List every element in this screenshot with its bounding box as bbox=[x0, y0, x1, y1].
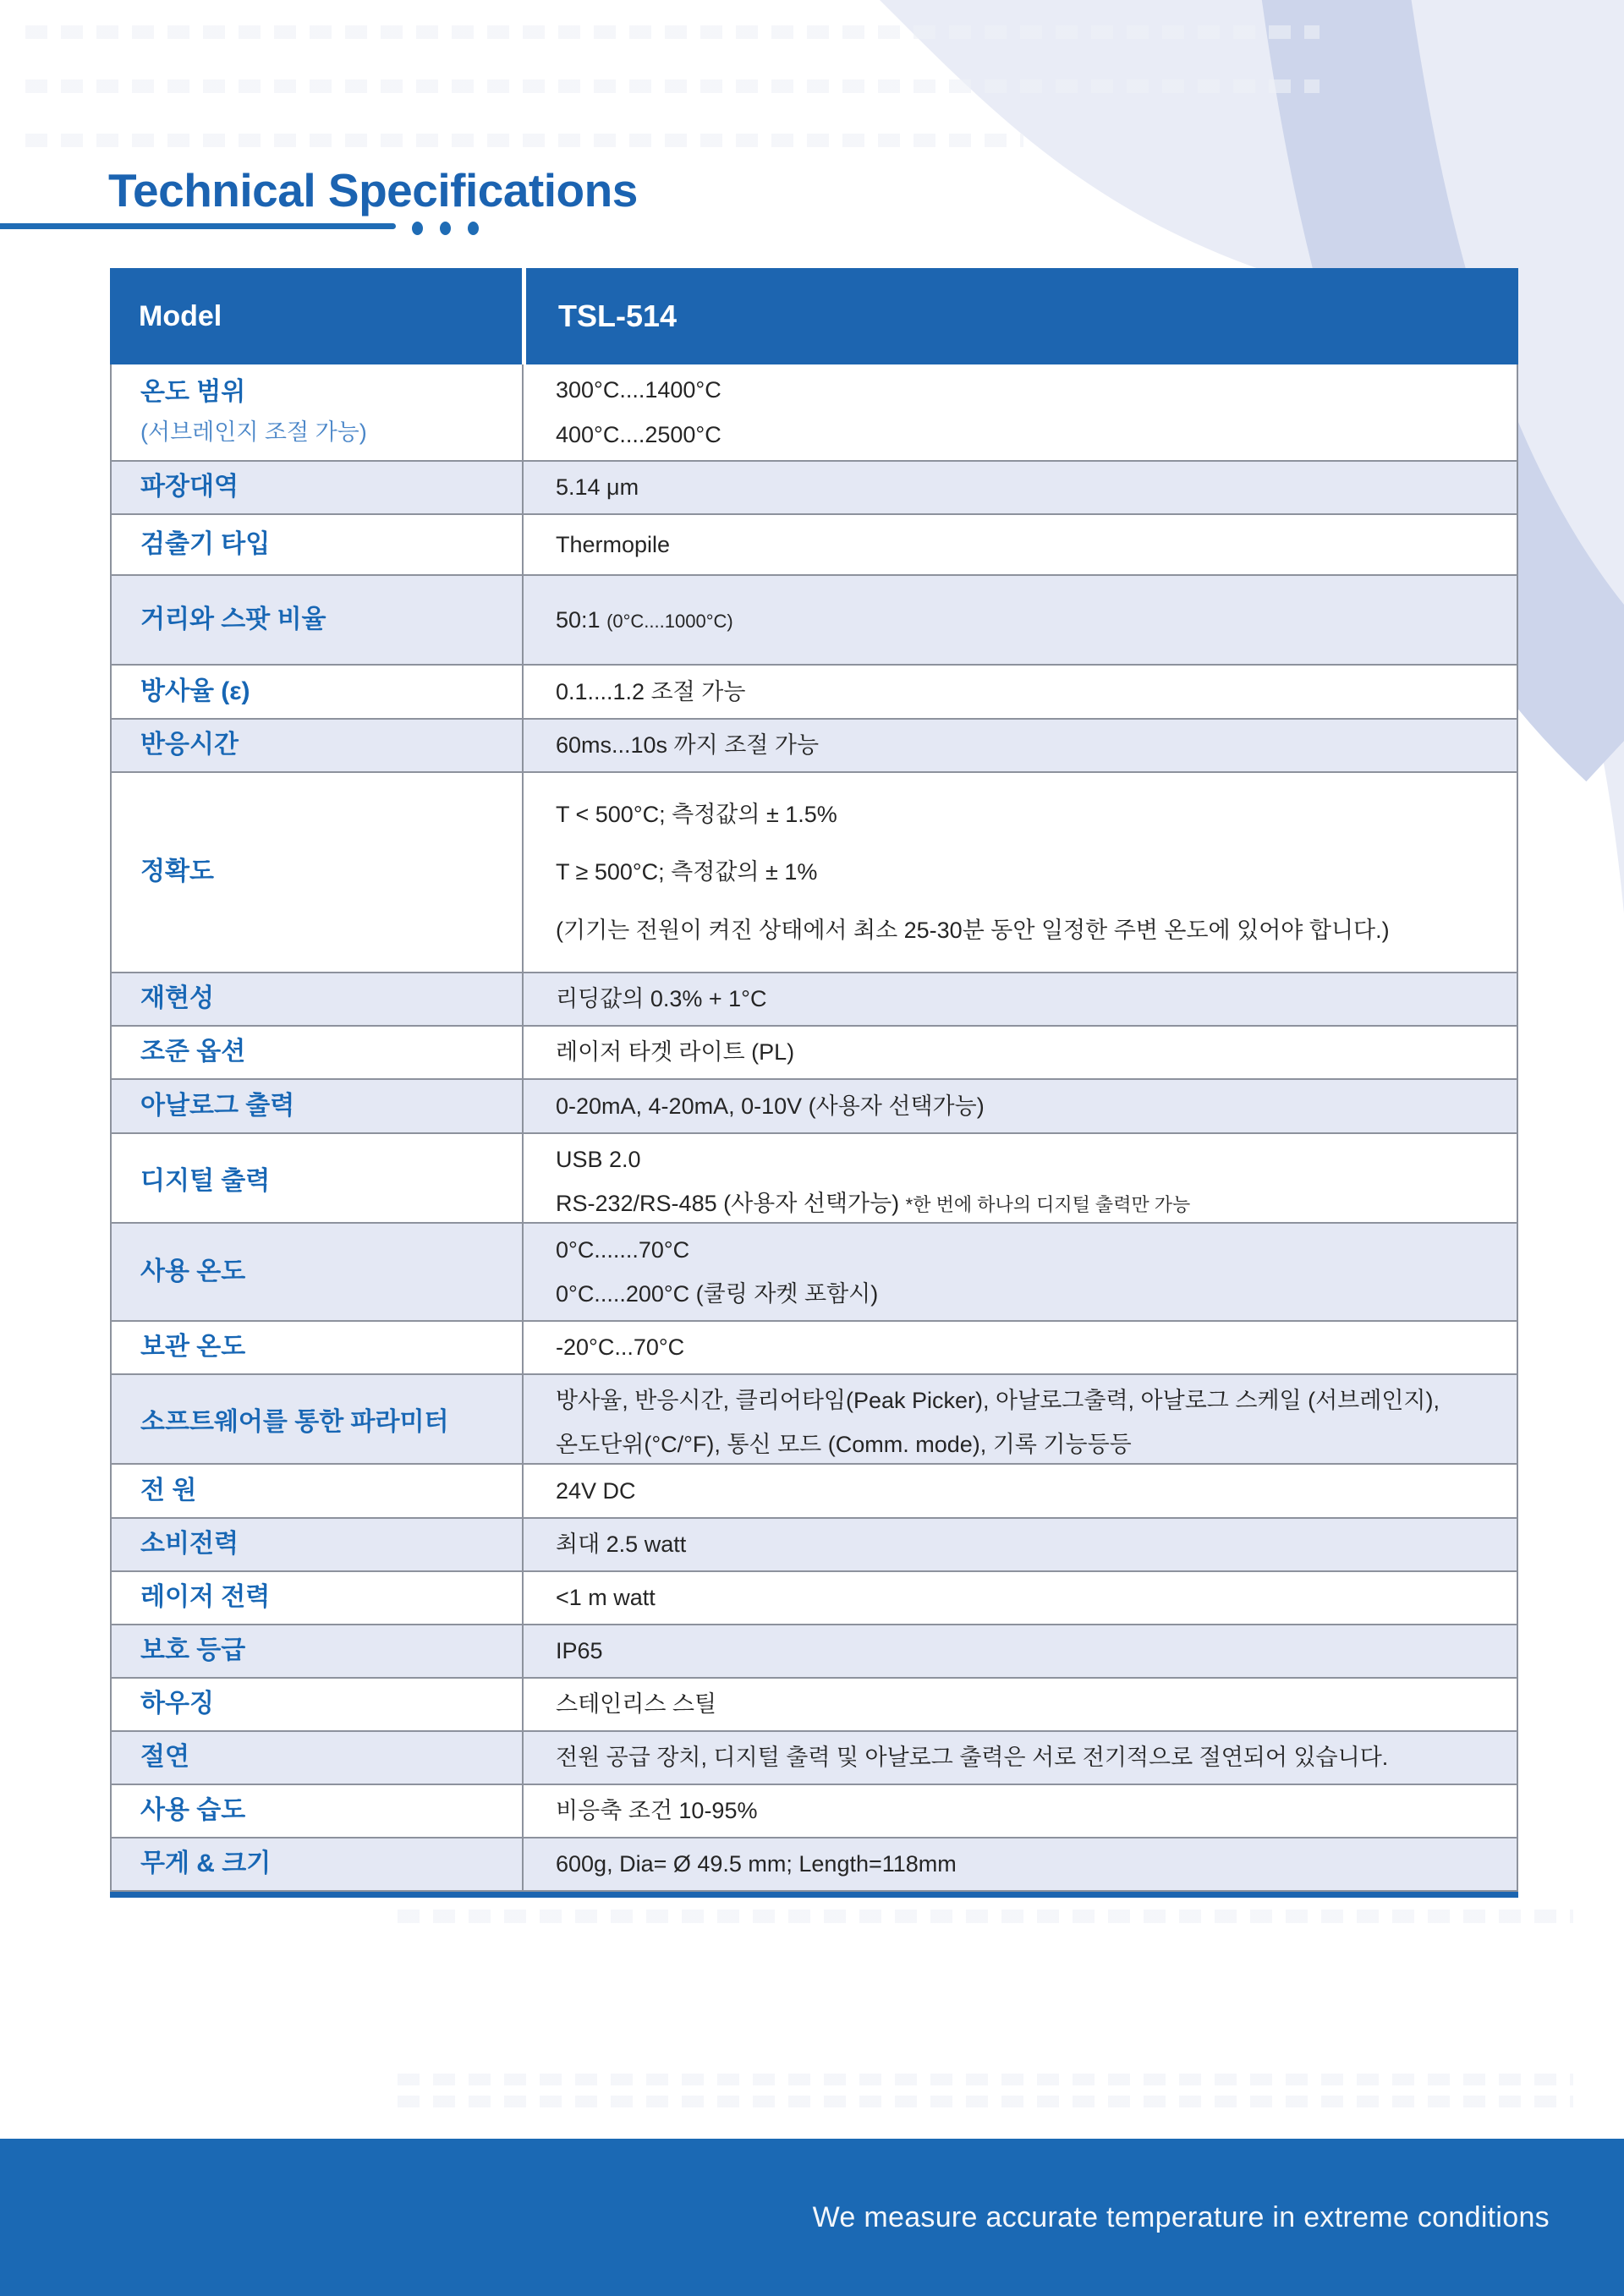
spec-value-text: 0°C.....200°C (쿨링 자켓 포함시) bbox=[556, 1281, 878, 1307]
dot bbox=[440, 222, 451, 235]
spec-label: 온도 범위 bbox=[140, 378, 522, 408]
spec-row: 아날로그 출력0-20mA, 4-20mA, 0-10V (사용자 선택가능) bbox=[112, 1080, 1517, 1134]
spec-value-text: <1 m watt bbox=[556, 1585, 656, 1610]
spec-label-cell: 방사율 (ε) bbox=[112, 666, 522, 718]
spec-value-cell: 방사율, 반응시간, 클리어타임(Peak Picker), 아날로그출력, 아… bbox=[522, 1375, 1517, 1471]
spec-label-cell: 사용 온도 bbox=[112, 1224, 522, 1320]
spec-row: 디지털 출력USB 2.0RS-232/RS-485 (사용자 선택가능) *한… bbox=[112, 1134, 1517, 1224]
spec-label: 전 원 bbox=[140, 1477, 522, 1506]
spec-value-text: 최대 2.5 watt bbox=[556, 1532, 686, 1557]
spec-row: 무게 & 크기600g, Dia= Ø 49.5 mm; Length=118m… bbox=[112, 1838, 1517, 1892]
dash-texture bbox=[25, 25, 1319, 39]
spec-value-cell: IP65 bbox=[522, 1625, 1517, 1677]
spec-value-text: 400°C....2500°C bbox=[556, 422, 721, 447]
spec-row: 검출기 타입Thermopile bbox=[112, 515, 1517, 576]
spec-value-cell: 24V DC bbox=[522, 1465, 1517, 1517]
spec-value-line: Thermopile bbox=[556, 531, 1491, 558]
spec-label-cell: 레이저 전력 bbox=[112, 1572, 522, 1624]
spec-value-text: 5.14 μm bbox=[556, 474, 639, 500]
title-decor-dots bbox=[412, 222, 479, 235]
spec-row: 정확도T < 500°C; 측정값의 ± 1.5%T ≥ 500°C; 측정값의… bbox=[112, 773, 1517, 973]
spec-value-line: IP65 bbox=[556, 1637, 1491, 1664]
spec-value-text: *한 번에 하나의 디지털 출력만 가능 bbox=[906, 1194, 1191, 1215]
spec-label: 거리와 스팟 비율 bbox=[140, 606, 522, 635]
spec-row: 사용 온도0°C.......70°C0°C.....200°C (쿨링 자켓 … bbox=[112, 1224, 1517, 1322]
spec-value-line: 24V DC bbox=[556, 1477, 1491, 1504]
spec-value-line: 5.14 μm bbox=[556, 474, 1491, 501]
spec-value-text: 0°C.......70°C bbox=[556, 1237, 689, 1263]
spec-value-cell: 5.14 μm bbox=[522, 462, 1517, 513]
spec-value-line: 300°C....1400°C bbox=[556, 376, 1491, 403]
spec-label-cell: 소프트웨어를 통한 파라미터 bbox=[112, 1375, 522, 1471]
spec-value-line: USB 2.0 bbox=[556, 1146, 1491, 1173]
spec-label-cell: 파장대역 bbox=[112, 462, 522, 513]
spec-label-cell: 아날로그 출력 bbox=[112, 1080, 522, 1132]
spec-value-text: 방사율, 반응시간, 클리어타임(Peak Picker), 아날로그출력, 아… bbox=[556, 1388, 1440, 1413]
spec-value-text: T < 500°C; 측정값의 ± 1.5% bbox=[556, 802, 837, 827]
spec-value-text: IP65 bbox=[556, 1638, 603, 1663]
spec-value-cell: USB 2.0RS-232/RS-485 (사용자 선택가능) *한 번에 하나… bbox=[522, 1134, 1517, 1230]
spec-value-line: 400°C....2500°C bbox=[556, 421, 1491, 448]
spec-value-text: 0.1....1.2 조절 가능 bbox=[556, 679, 745, 704]
spec-label: 보호 등급 bbox=[140, 1636, 522, 1666]
spec-label-cell: 재현성 bbox=[112, 973, 522, 1025]
spec-label: 방사율 (ε) bbox=[140, 677, 522, 707]
spec-label-cell: 절연 bbox=[112, 1732, 522, 1784]
spec-value-line: T ≥ 500°C; 측정값의 ± 1% bbox=[556, 858, 1491, 885]
model-header-value: TSL-514 bbox=[522, 268, 1518, 364]
spec-value-text: 비응축 조건 10-95% bbox=[556, 1798, 757, 1823]
spec-row: 파장대역5.14 μm bbox=[112, 462, 1517, 515]
spec-label: 절연 bbox=[140, 1743, 522, 1773]
spec-value-line: 비응축 조건 10-95% bbox=[556, 1797, 1491, 1824]
spec-row: 방사율 (ε)0.1....1.2 조절 가능 bbox=[112, 666, 1517, 720]
dash-texture bbox=[25, 79, 1319, 93]
spec-value-cell: 600g, Dia= Ø 49.5 mm; Length=118mm bbox=[522, 1838, 1517, 1890]
spec-value-line: 0°C.....200°C (쿨링 자켓 포함시) bbox=[556, 1280, 1491, 1307]
spec-value-cell: 0°C.......70°C0°C.....200°C (쿨링 자켓 포함시) bbox=[522, 1224, 1517, 1320]
spec-table-body: 온도 범위(서브레인지 조절 가능)300°C....1400°C400°C..… bbox=[110, 364, 1518, 1892]
spec-label-cell: 사용 습도 bbox=[112, 1785, 522, 1837]
spec-value-cell: 0-20mA, 4-20mA, 0-10V (사용자 선택가능) bbox=[522, 1080, 1517, 1132]
spec-label: 아날로그 출력 bbox=[140, 1092, 522, 1121]
spec-row: 절연전원 공급 장치, 디지털 출력 및 아날로그 출력은 서로 전기적으로 절… bbox=[112, 1732, 1517, 1785]
dash-texture bbox=[398, 1910, 1573, 1923]
spec-value-text: 60ms...10s 까지 조절 가능 bbox=[556, 732, 819, 758]
spec-label-cell: 온도 범위(서브레인지 조절 가능) bbox=[112, 364, 522, 460]
spec-table: Model TSL-514 온도 범위(서브레인지 조절 가능)300°C...… bbox=[110, 268, 1518, 1898]
spec-label: 사용 온도 bbox=[140, 1258, 522, 1287]
spec-value-text: -20°C...70°C bbox=[556, 1334, 684, 1360]
spec-label-cell: 전 원 bbox=[112, 1465, 522, 1517]
spec-row: 거리와 스팟 비율50:1 (0°C....1000°C) bbox=[112, 576, 1517, 666]
spec-label: 디지털 출력 bbox=[140, 1167, 522, 1197]
spec-value-line: 온도단위(°C/°F), 통신 모드 (Comm. mode), 기록 기능등등 bbox=[556, 1431, 1491, 1458]
spec-label: 재현성 bbox=[140, 984, 522, 1014]
spec-label: 파장대역 bbox=[140, 473, 522, 502]
spec-label-cell: 하우징 bbox=[112, 1679, 522, 1730]
spec-value-cell: <1 m watt bbox=[522, 1572, 1517, 1624]
spec-label: 소비전력 bbox=[140, 1530, 522, 1559]
spec-value-cell: 리딩값의 0.3% + 1°C bbox=[522, 973, 1517, 1025]
spec-row: 보호 등급IP65 bbox=[112, 1625, 1517, 1679]
spec-row: 재현성리딩값의 0.3% + 1°C bbox=[112, 973, 1517, 1027]
spec-label: 레이저 전력 bbox=[140, 1583, 522, 1613]
spec-row: 레이저 전력<1 m watt bbox=[112, 1572, 1517, 1625]
spec-value-text: 스테인리스 스틸 bbox=[556, 1691, 716, 1717]
spec-value-line: 레이저 타겟 라이트 (PL) bbox=[556, 1038, 1491, 1066]
spec-row: 온도 범위(서브레인지 조절 가능)300°C....1400°C400°C..… bbox=[112, 364, 1517, 462]
model-header-label: Model bbox=[110, 268, 522, 364]
spec-value-text: T ≥ 500°C; 측정값의 ± 1% bbox=[556, 859, 817, 885]
spec-value-cell: 50:1 (0°C....1000°C) bbox=[522, 576, 1517, 664]
spec-value-text: 전원 공급 장치, 디지털 출력 및 아날로그 출력은 서로 전기적으로 절연되… bbox=[556, 1745, 1388, 1770]
spec-row: 소비전력최대 2.5 watt bbox=[112, 1519, 1517, 1572]
spec-value-line: 50:1 (0°C....1000°C) bbox=[556, 606, 1491, 633]
spec-row: 조준 옵션레이저 타겟 라이트 (PL) bbox=[112, 1027, 1517, 1080]
spec-label-cell: 거리와 스팟 비율 bbox=[112, 576, 522, 664]
spec-label-cell: 무게 & 크기 bbox=[112, 1838, 522, 1890]
spec-value-text: USB 2.0 bbox=[556, 1147, 641, 1172]
spec-value-line: 0.1....1.2 조절 가능 bbox=[556, 678, 1491, 705]
spec-row: 보관 온도-20°C...70°C bbox=[112, 1322, 1517, 1375]
spec-label-cell: 정확도 bbox=[112, 773, 522, 972]
page-title: Technical Specifications bbox=[108, 163, 638, 217]
spec-row: 사용 습도비응축 조건 10-95% bbox=[112, 1785, 1517, 1838]
title-underline-rule bbox=[0, 223, 396, 229]
spec-row: 하우징스테인리스 스틸 bbox=[112, 1679, 1517, 1732]
spec-value-text: 레이저 타겟 라이트 (PL) bbox=[556, 1039, 794, 1065]
spec-value-line: 0-20mA, 4-20mA, 0-10V (사용자 선택가능) bbox=[556, 1093, 1491, 1120]
spec-value-text: 0-20mA, 4-20mA, 0-10V (사용자 선택가능) bbox=[556, 1093, 985, 1119]
spec-value-line: <1 m watt bbox=[556, 1584, 1491, 1611]
spec-value-cell: 전원 공급 장치, 디지털 출력 및 아날로그 출력은 서로 전기적으로 절연되… bbox=[522, 1732, 1517, 1784]
spec-label: 조준 옵션 bbox=[140, 1038, 522, 1067]
spec-label-cell: 보호 등급 bbox=[112, 1625, 522, 1677]
spec-label-cell: 소비전력 bbox=[112, 1519, 522, 1570]
spec-value-line: RS-232/RS-485 (사용자 선택가능) *한 번에 하나의 디지털 출… bbox=[556, 1190, 1491, 1217]
spec-value-cell: 0.1....1.2 조절 가능 bbox=[522, 666, 1517, 718]
spec-table-header: Model TSL-514 bbox=[110, 268, 1518, 364]
dot bbox=[412, 222, 423, 235]
spec-value-line: (기기는 전원이 켜진 상태에서 최소 25-30분 동안 일정한 주변 온도에… bbox=[556, 917, 1491, 944]
spec-value-line: 60ms...10s 까지 조절 가능 bbox=[556, 732, 1491, 759]
spec-value-text: 온도단위(°C/°F), 통신 모드 (Comm. mode), 기록 기능등등 bbox=[556, 1432, 1132, 1457]
spec-value-cell: 비응축 조건 10-95% bbox=[522, 1785, 1517, 1837]
spec-value-cell: 스테인리스 스틸 bbox=[522, 1679, 1517, 1730]
spec-value-text: (기기는 전원이 켜진 상태에서 최소 25-30분 동안 일정한 주변 온도에… bbox=[556, 918, 1390, 943]
spec-value-line: 스테인리스 스틸 bbox=[556, 1690, 1491, 1718]
spec-label: 검출기 타입 bbox=[140, 530, 522, 560]
spec-row: 반응시간60ms...10s 까지 조절 가능 bbox=[112, 720, 1517, 773]
spec-value-text: (0°C....1000°C) bbox=[606, 611, 733, 632]
spec-value-cell: T < 500°C; 측정값의 ± 1.5%T ≥ 500°C; 측정값의 ± … bbox=[522, 773, 1517, 972]
spec-value-text: Thermopile bbox=[556, 532, 670, 557]
spec-value-line: 최대 2.5 watt bbox=[556, 1531, 1491, 1558]
spec-sublabel: (서브레인지 조절 가능) bbox=[140, 414, 522, 447]
spec-value-line: T < 500°C; 측정값의 ± 1.5% bbox=[556, 801, 1491, 828]
spec-value-text: 300°C....1400°C bbox=[556, 377, 721, 403]
spec-value-cell: -20°C...70°C bbox=[522, 1322, 1517, 1373]
dot bbox=[468, 222, 479, 235]
spec-label-cell: 검출기 타입 bbox=[112, 515, 522, 574]
table-bottom-rule bbox=[110, 1892, 1518, 1898]
dash-texture bbox=[398, 2096, 1573, 2107]
spec-value-cell: 최대 2.5 watt bbox=[522, 1519, 1517, 1570]
spec-label: 소프트웨어를 통한 파라미터 bbox=[140, 1408, 522, 1438]
spec-label-cell: 보관 온도 bbox=[112, 1322, 522, 1373]
spec-value-text: 24V DC bbox=[556, 1478, 636, 1504]
spec-label: 무게 & 크기 bbox=[140, 1849, 522, 1879]
dash-texture bbox=[25, 134, 1023, 147]
spec-value-line: -20°C...70°C bbox=[556, 1334, 1491, 1361]
spec-row: 전 원24V DC bbox=[112, 1465, 1517, 1519]
spec-value-cell: 300°C....1400°C400°C....2500°C bbox=[522, 364, 1517, 460]
spec-value-cell: 60ms...10s 까지 조절 가능 bbox=[522, 720, 1517, 771]
spec-value-line: 전원 공급 장치, 디지털 출력 및 아날로그 출력은 서로 전기적으로 절연되… bbox=[556, 1744, 1491, 1771]
spec-value-text: 50:1 bbox=[556, 607, 606, 633]
dash-texture bbox=[398, 2074, 1573, 2085]
spec-value-text: 600g, Dia= Ø 49.5 mm; Length=118mm bbox=[556, 1851, 957, 1877]
spec-value-text: 리딩값의 0.3% + 1°C bbox=[556, 986, 766, 1011]
spec-label: 반응시간 bbox=[140, 731, 522, 760]
spec-label: 정확도 bbox=[140, 858, 522, 887]
spec-value-line: 0°C.......70°C bbox=[556, 1236, 1491, 1263]
spec-label: 보관 온도 bbox=[140, 1333, 522, 1362]
spec-label-cell: 디지털 출력 bbox=[112, 1134, 522, 1230]
spec-value-text: RS-232/RS-485 (사용자 선택가능) bbox=[556, 1191, 906, 1216]
spec-row: 소프트웨어를 통한 파라미터방사율, 반응시간, 클리어타임(Peak Pick… bbox=[112, 1375, 1517, 1465]
spec-value-cell: Thermopile bbox=[522, 515, 1517, 574]
spec-value-cell: 레이저 타겟 라이트 (PL) bbox=[522, 1027, 1517, 1078]
footer-bar: We measure accurate temperature in extre… bbox=[0, 2139, 1624, 2296]
spec-value-line: 방사율, 반응시간, 클리어타임(Peak Picker), 아날로그출력, 아… bbox=[556, 1387, 1491, 1414]
spec-label-cell: 반응시간 bbox=[112, 720, 522, 771]
spec-value-line: 리딩값의 0.3% + 1°C bbox=[556, 985, 1491, 1012]
spec-value-line: 600g, Dia= Ø 49.5 mm; Length=118mm bbox=[556, 1850, 1491, 1877]
spec-label: 사용 습도 bbox=[140, 1796, 522, 1826]
spec-label: 하우징 bbox=[140, 1690, 522, 1719]
footer-tagline: We measure accurate temperature in extre… bbox=[813, 2201, 1624, 2234]
spec-label-cell: 조준 옵션 bbox=[112, 1027, 522, 1078]
